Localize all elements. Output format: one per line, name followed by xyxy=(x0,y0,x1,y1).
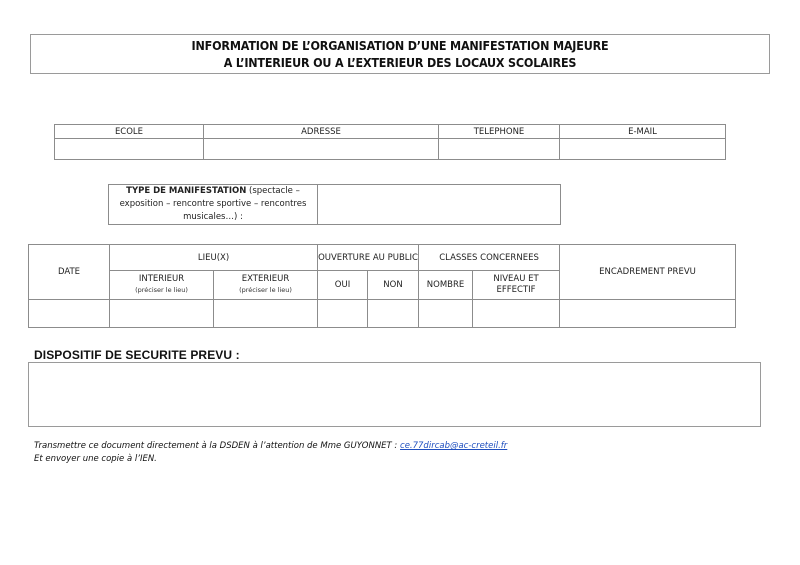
copy-note: Et envoyer une copie à l’IEN. xyxy=(34,454,157,464)
header-date: DATE xyxy=(29,245,110,300)
document-title: INFORMATION DE L’ORGANISATION D’UNE MANI… xyxy=(30,34,770,74)
title-line-2: A L’INTERIEUR OU A L’EXTERIEUR DES LOCAU… xyxy=(57,55,743,72)
nombre-field[interactable] xyxy=(419,300,473,328)
header-niveau-effectif: NIVEAU ET EFFECTIF xyxy=(473,271,560,300)
exterieur-label: EXTERIEUR xyxy=(242,274,290,284)
header-telephone: TELEPHONE xyxy=(439,125,560,139)
manifestation-type-label: TYPE DE MANIFESTATION (spectacle – expos… xyxy=(109,185,318,225)
header-adresse: ADRESSE xyxy=(204,125,439,139)
non-field[interactable] xyxy=(368,300,419,328)
manifestation-type-table: TYPE DE MANIFESTATION (spectacle – expos… xyxy=(108,184,561,225)
exterieur-field[interactable] xyxy=(214,300,318,328)
header-interieur: INTERIEUR(préciser le lieu) xyxy=(110,271,214,300)
school-info-table: ECOLE ADRESSE TELEPHONE E-MAIL xyxy=(54,124,726,160)
event-data-row xyxy=(29,300,736,328)
exterieur-hint: (préciser le lieu) xyxy=(214,285,317,296)
header-nombre: NOMBRE xyxy=(419,271,473,300)
header-ecole: ECOLE xyxy=(55,125,204,139)
header-lieux: LIEU(X) xyxy=(110,245,318,271)
header-non: NON xyxy=(368,271,419,300)
interieur-hint: (préciser le lieu) xyxy=(110,285,213,296)
manifestation-type-field[interactable] xyxy=(318,185,561,225)
ecole-field[interactable] xyxy=(55,139,204,160)
header-oui: OUI xyxy=(318,271,368,300)
adresse-field[interactable] xyxy=(204,139,439,160)
security-section-label: DISPOSITIF DE SECURITE PREVU : xyxy=(34,348,240,362)
header-exterieur: EXTERIEUR(préciser le lieu) xyxy=(214,271,318,300)
oui-field[interactable] xyxy=(318,300,368,328)
contact-email-link[interactable]: ce.77dircab@ac-creteil.fr xyxy=(400,441,507,451)
security-field[interactable] xyxy=(28,362,761,427)
manifestation-type-bold: TYPE DE MANIFESTATION xyxy=(126,186,246,196)
header-ouverture-public: OUVERTURE AU PUBLIC xyxy=(318,245,419,271)
interieur-field[interactable] xyxy=(110,300,214,328)
date-field[interactable] xyxy=(29,300,110,328)
transmission-note: Transmettre ce document directement à la… xyxy=(34,441,507,451)
header-classes-concernees: CLASSES CONCERNEES xyxy=(419,245,560,271)
event-details-table: DATE LIEU(X) OUVERTURE AU PUBLIC CLASSES… xyxy=(28,244,736,328)
school-data-row xyxy=(55,139,726,160)
encadrement-field[interactable] xyxy=(560,300,736,328)
header-row-1: DATE LIEU(X) OUVERTURE AU PUBLIC CLASSES… xyxy=(29,245,736,271)
header-encadrement: ENCADREMENT PREVU xyxy=(560,245,736,300)
school-header-row: ECOLE ADRESSE TELEPHONE E-MAIL xyxy=(55,125,726,139)
niveau-effectif-field[interactable] xyxy=(473,300,560,328)
telephone-field[interactable] xyxy=(439,139,560,160)
email-field[interactable] xyxy=(560,139,726,160)
title-line-1: INFORMATION DE L’ORGANISATION D’UNE MANI… xyxy=(57,38,743,55)
interieur-label: INTERIEUR xyxy=(139,274,184,284)
transmission-note-text: Transmettre ce document directement à la… xyxy=(34,441,400,451)
header-email: E-MAIL xyxy=(560,125,726,139)
